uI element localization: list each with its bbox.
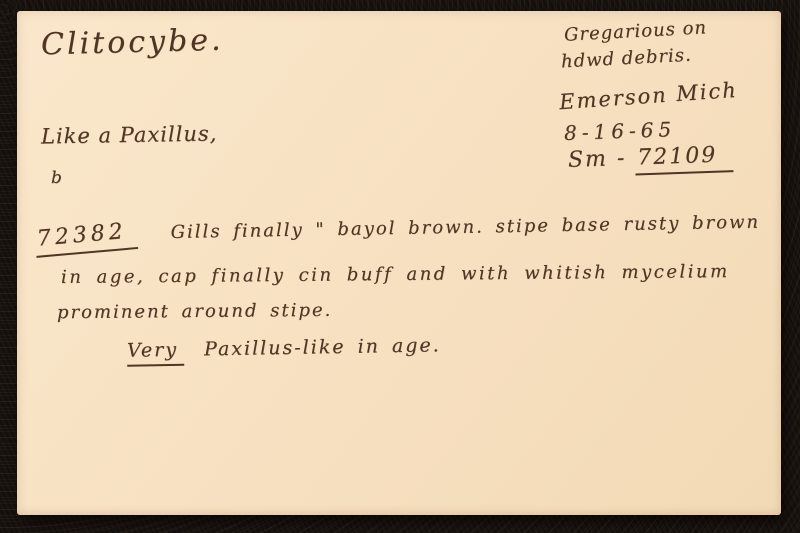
description-line1: 72382 Gills finally " bayol brown. stipe… xyxy=(35,211,761,255)
description-line2: in age, cap finally cin buff and with wh… xyxy=(61,261,730,288)
location-note: Emerson Mich xyxy=(558,78,738,114)
conclusion-line: Very Paxillus-like in age. xyxy=(127,334,441,366)
index-card: Clitocybe. Gregarious on hdwd debris. Em… xyxy=(17,11,781,515)
conclusion-emphasis: Very xyxy=(127,339,185,367)
genus-title: Clitocybe. xyxy=(41,23,224,63)
collector-number-value: 72109 xyxy=(635,142,734,175)
variant-letter: b xyxy=(51,168,62,188)
description-line3: prominent around stipe. xyxy=(57,300,332,323)
habit-note-line1: Gregarious on xyxy=(564,17,708,45)
comparison-note: Like a Paxillus, xyxy=(41,121,218,148)
collector-number: Sm - 72109 xyxy=(568,142,734,178)
habit-note-line2: hdwd debris. xyxy=(561,45,693,73)
specimen-number: 72382 xyxy=(34,218,138,258)
collector-number-prefix: Sm - xyxy=(568,146,627,173)
felt-background: Clitocybe. Gregarious on hdwd debris. Em… xyxy=(0,0,800,533)
conclusion-rest: Paxillus-like in age. xyxy=(204,334,441,360)
collection-date: 8-16-65 xyxy=(564,117,677,145)
description-line1-text: Gills finally " bayol brown. stipe base … xyxy=(171,212,761,243)
